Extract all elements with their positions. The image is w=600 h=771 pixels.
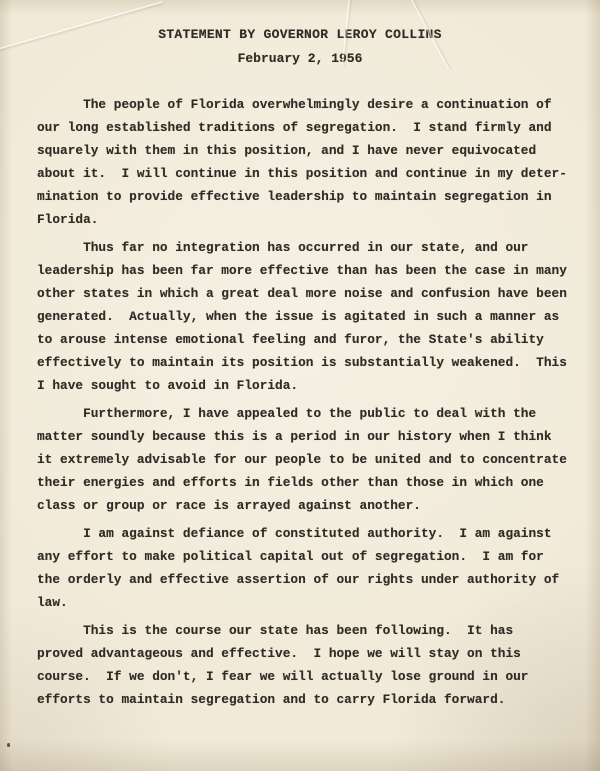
paragraph: I am against defiance of constituted aut… <box>37 522 572 614</box>
paper-speck <box>7 743 10 747</box>
paragraph: This is the course our state has been fo… <box>37 619 572 711</box>
text-line: effectively to maintain its position is … <box>37 351 572 374</box>
text-line: their energies and efforts in fields oth… <box>37 471 572 494</box>
text-line: Florida. <box>37 208 572 231</box>
text-line: squarely with them in this position, and… <box>37 139 572 162</box>
text-line: I am against defiance of constituted aut… <box>37 522 572 545</box>
document-title: STATEMENT BY GOVERNOR LEROY COLLINS <box>0 26 600 43</box>
text-line: Thus far no integration has occurred in … <box>37 236 572 259</box>
text-line: I have sought to avoid in Florida. <box>37 374 572 397</box>
document-date: February 2, 1956 <box>0 50 600 67</box>
text-line: leadership has been far more effective t… <box>37 259 572 282</box>
text-line: The people of Florida overwhelmingly des… <box>37 93 572 116</box>
paragraph: Furthermore, I have appealed to the publ… <box>37 402 572 517</box>
text-line: course. If we don't, I fear we will actu… <box>37 665 572 688</box>
text-line: proved advantageous and effective. I hop… <box>37 642 572 665</box>
text-line: about it. I will continue in this positi… <box>37 162 572 185</box>
text-line: efforts to maintain segregation and to c… <box>37 688 572 711</box>
text-line: any effort to make political capital out… <box>37 545 572 568</box>
text-line: the orderly and effective assertion of o… <box>37 568 572 591</box>
paragraph: Thus far no integration has occurred in … <box>37 236 572 397</box>
text-line: it extremely advisable for our people to… <box>37 448 572 471</box>
document-body: The people of Florida overwhelmingly des… <box>0 93 600 711</box>
text-line: This is the course our state has been fo… <box>37 619 572 642</box>
text-line: generated. Actually, when the issue is a… <box>37 305 572 328</box>
text-line: law. <box>37 591 572 614</box>
paragraph: The people of Florida overwhelmingly des… <box>37 93 572 231</box>
text-line: matter soundly because this is a period … <box>37 425 572 448</box>
text-line: our long established traditions of segre… <box>37 116 572 139</box>
text-line: other states in which a great deal more … <box>37 282 572 305</box>
text-line: Furthermore, I have appealed to the publ… <box>37 402 572 425</box>
document-page: STATEMENT BY GOVERNOR LEROY COLLINS Febr… <box>0 0 600 771</box>
text-line: mination to provide effective leadership… <box>37 185 572 208</box>
text-line: class or group or race is arrayed agains… <box>37 494 572 517</box>
text-line: to arouse intense emotional feeling and … <box>37 328 572 351</box>
